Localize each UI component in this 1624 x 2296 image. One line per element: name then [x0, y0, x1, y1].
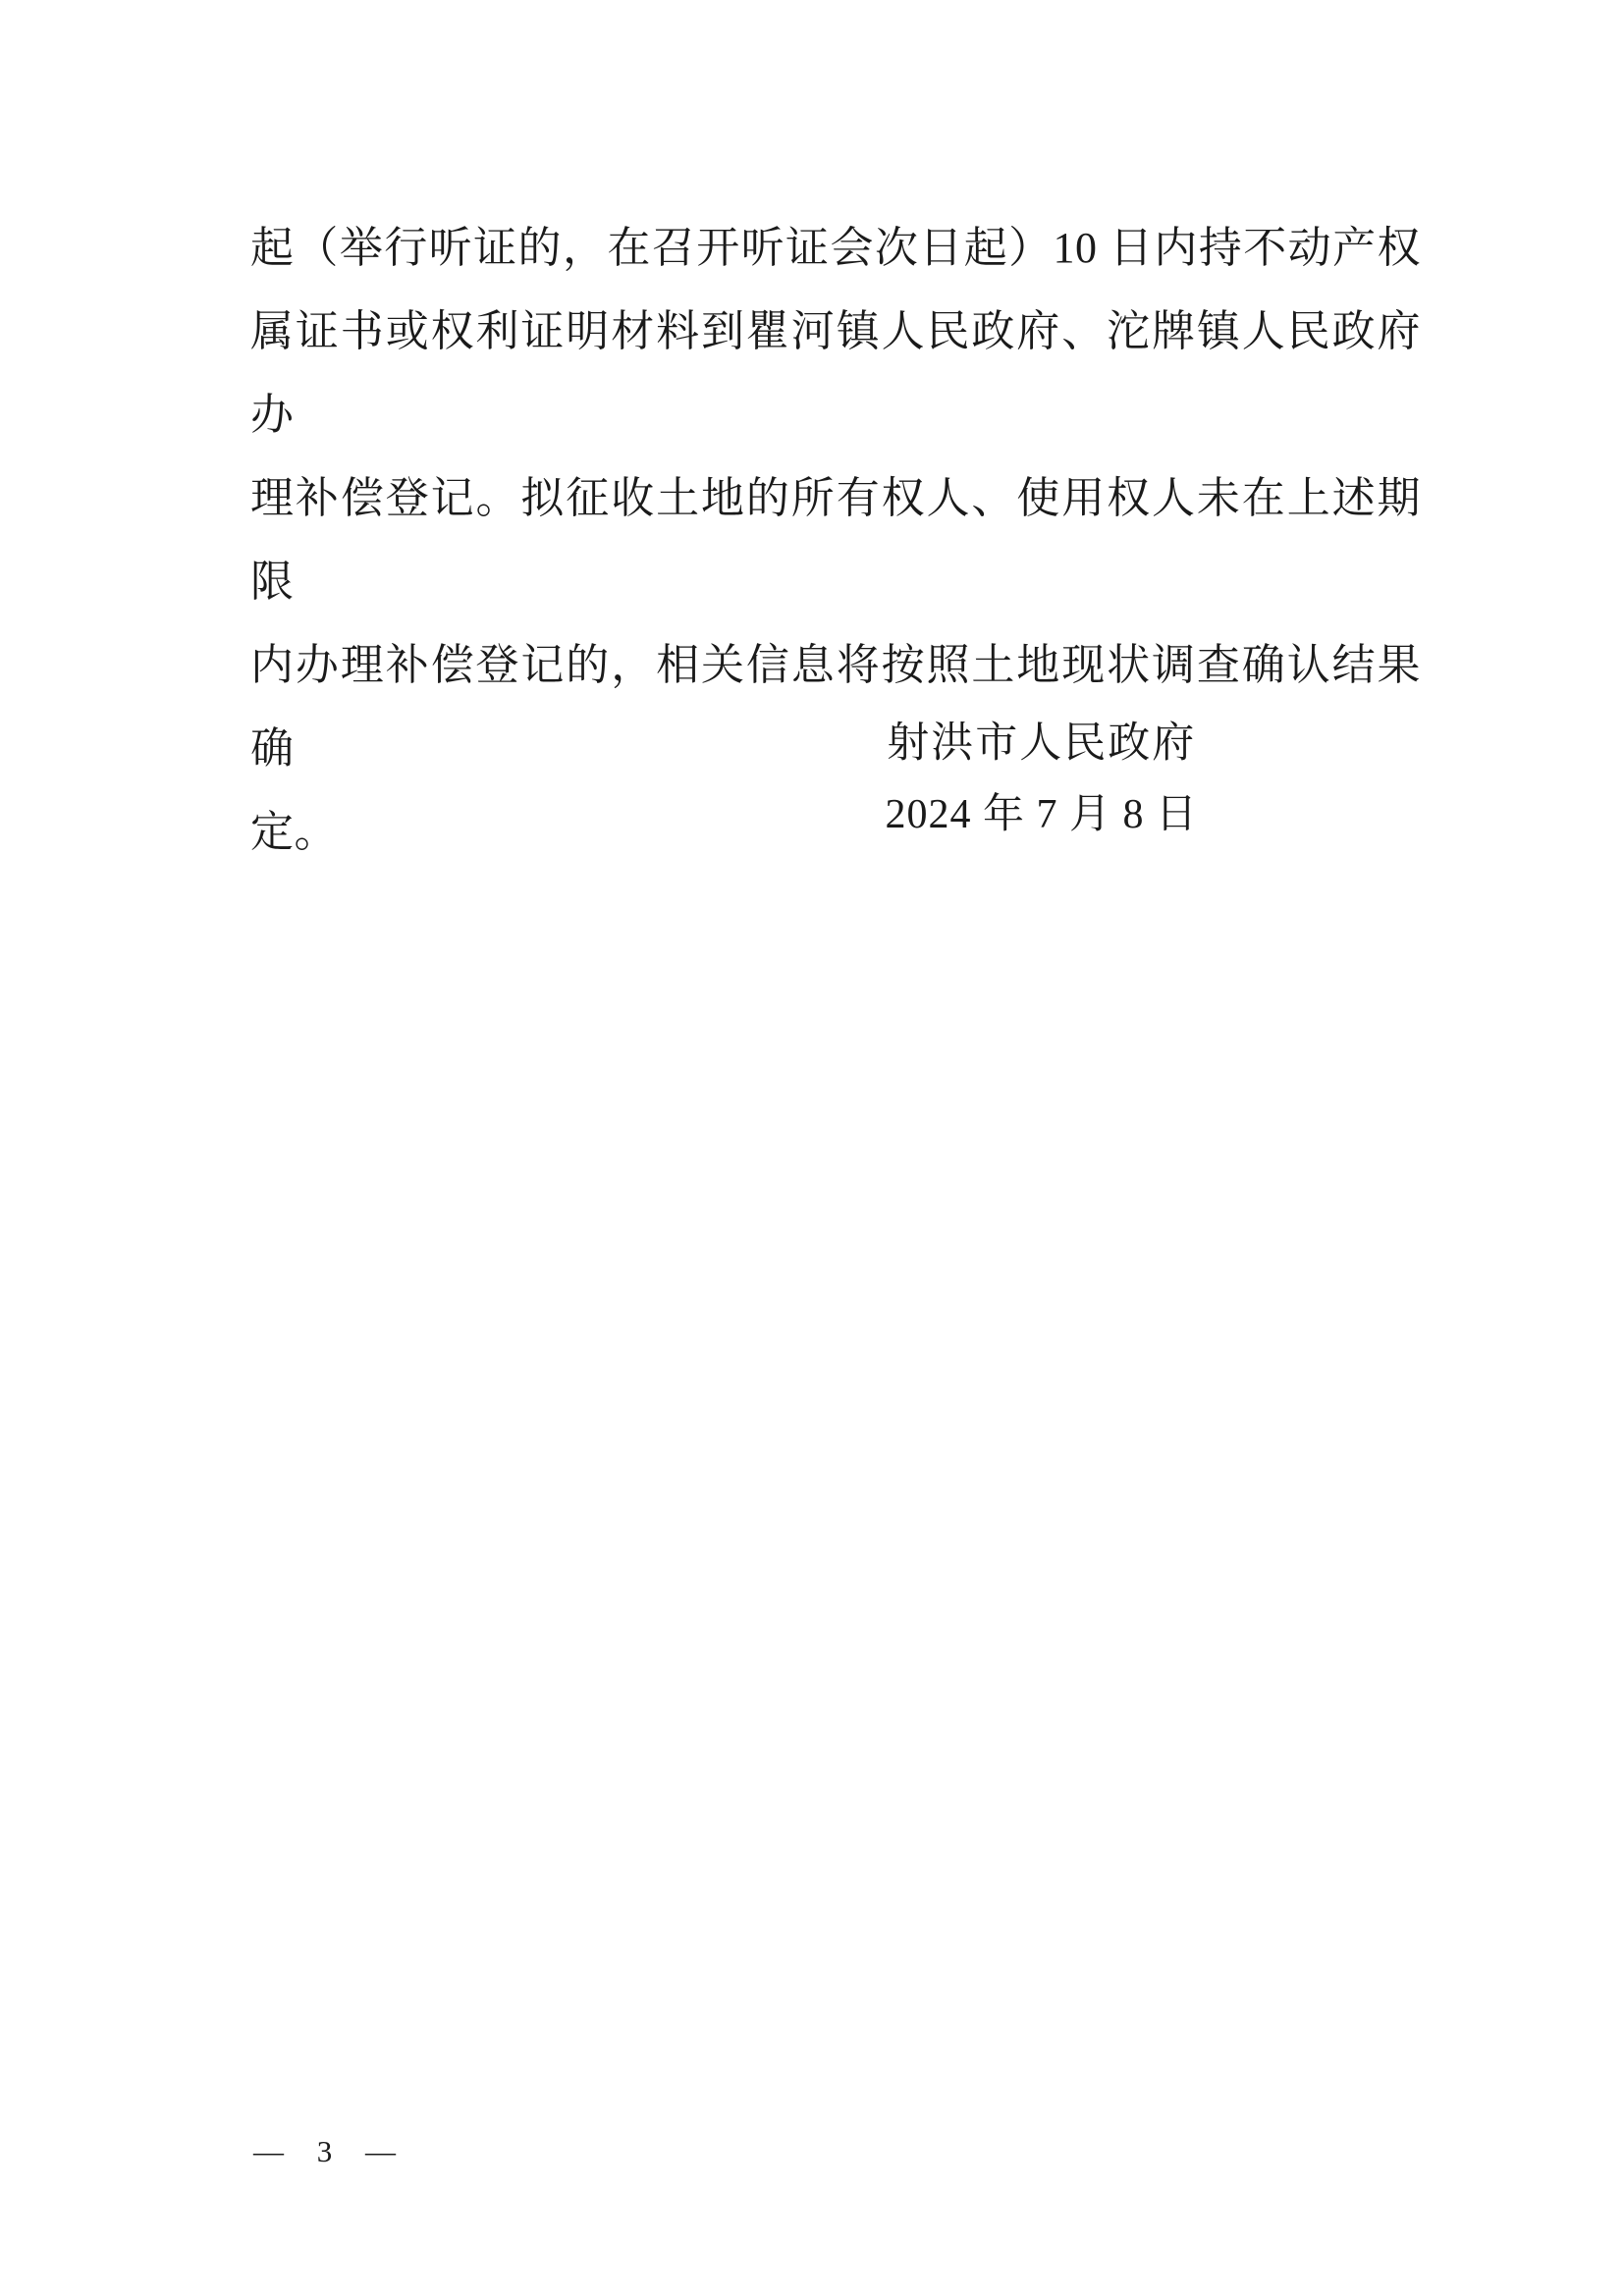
body-line-5: 定。 [250, 790, 1421, 874]
body-line-4: 内办理补偿登记的，相关信息将按照土地现状调查确认结果确 [250, 623, 1421, 790]
body-line-1: 起（举行听证的，在召开听证会次日起）10 日内持不动产权 [250, 206, 1421, 290]
document-page: 起（举行听证的，在召开听证会次日起）10 日内持不动产权 属证书或权利证明材料到… [0, 0, 1624, 2296]
page-number-footer: — 3 — [253, 2132, 402, 2171]
body-line-2: 属证书或权利证明材料到瞿河镇人民政府、沱牌镇人民政府办 [250, 290, 1421, 456]
signature-block: 射洪市人民政府 2024 年 7 月 8 日 [885, 709, 1198, 850]
body-paragraph: 起（举行听证的，在召开听证会次日起）10 日内持不动产权 属证书或权利证明材料到… [250, 206, 1421, 874]
body-line-3: 理补偿登记。拟征收土地的所有权人、使用权人未在上述期限 [250, 456, 1421, 623]
signature-date: 2024 年 7 月 8 日 [885, 779, 1198, 850]
signature-issuer: 射洪市人民政府 [885, 709, 1198, 779]
